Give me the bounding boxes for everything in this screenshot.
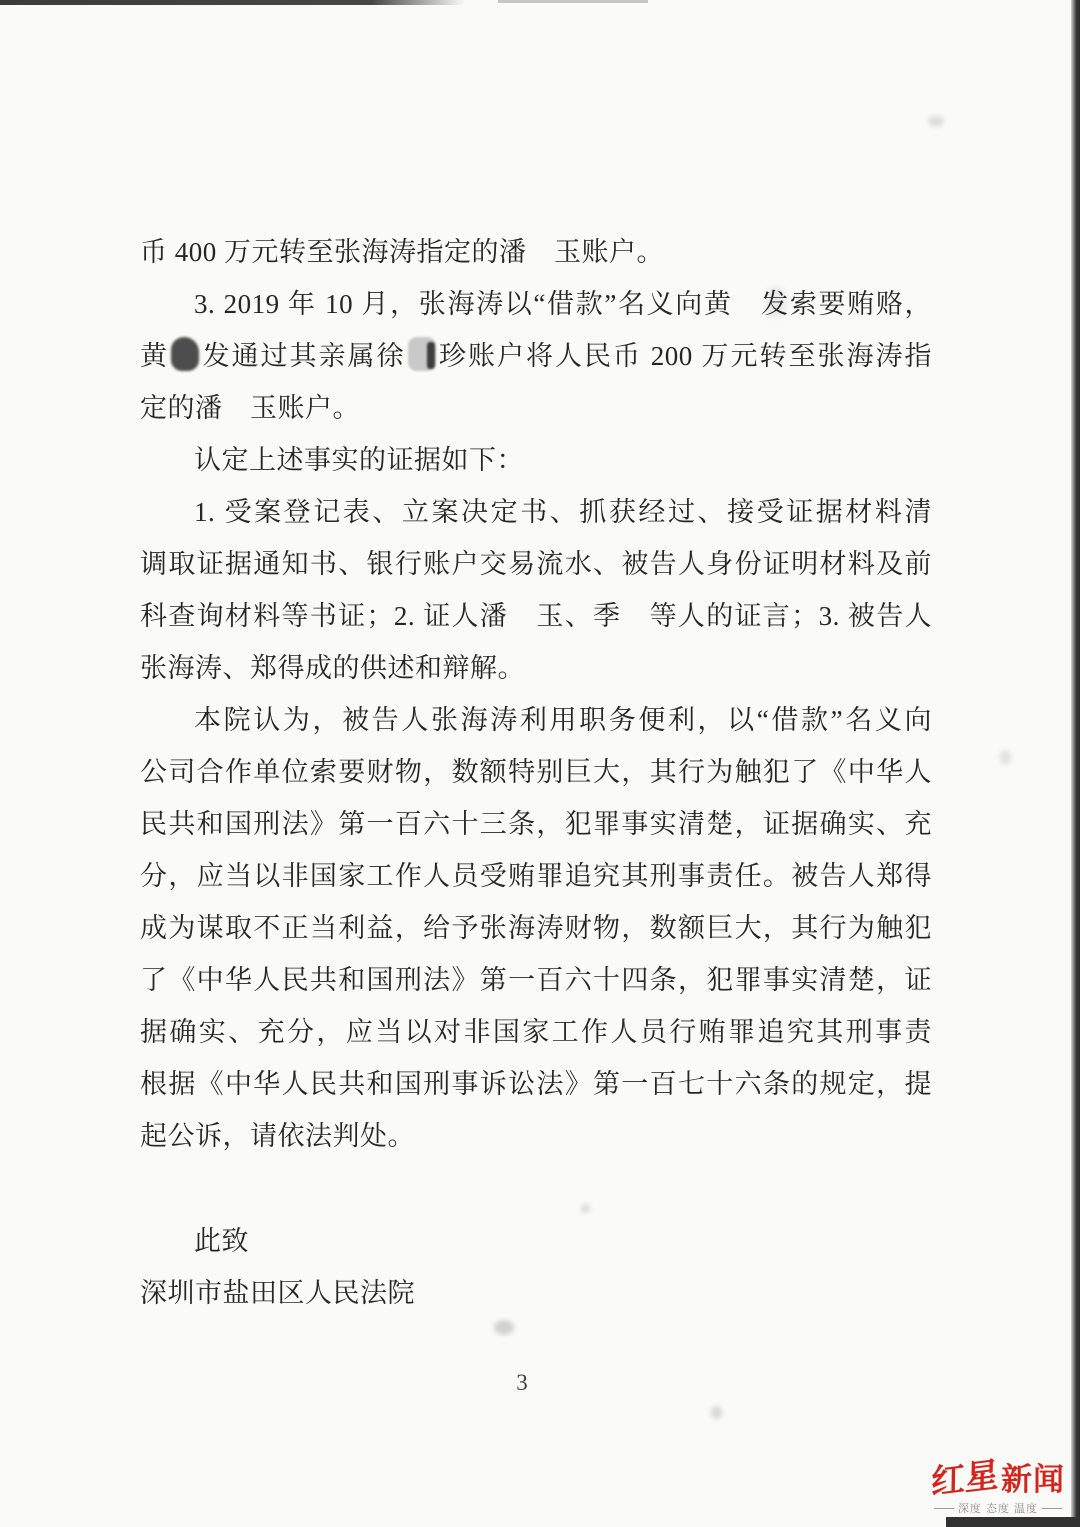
doc-line-redacted: 黄发通过其亲属徐珍账户将人民币 200 万元转至张海涛指 (140, 330, 932, 382)
doc-text-segment: 黄 (140, 341, 169, 371)
tagline-dash-left (934, 1508, 954, 1509)
doc-line: 认定上述事实的证据如下： (140, 434, 932, 486)
doc-line-salutation: 此致 (140, 1215, 932, 1267)
scan-edge-top (0, 0, 465, 5)
scanned-document-page: 币 400 万元转至张海涛指定的潘 玉账户。 3. 2019 年 10 月，张海… (0, 0, 1080, 1527)
doc-line: 本院认为，被告人张海涛利用职务便利，以“借款”名义向 (140, 694, 932, 746)
doc-line: 币 400 万元转至张海涛指定的潘 玉账户。 (140, 226, 932, 278)
doc-line: 根据《中华人民共和国刑事诉讼法》第一百七十六条的规定，提 (140, 1058, 932, 1110)
document-body: 币 400 万元转至张海涛指定的潘 玉账户。 3. 2019 年 10 月，张海… (140, 226, 932, 1319)
doc-text-segment: 珍账户将人民币 200 万元转至张海涛指 (438, 341, 933, 371)
scan-artifact (928, 116, 944, 127)
logo-bold-text: 新闻 (1001, 1462, 1065, 1498)
scan-edge-bottom-right (946, 1517, 1080, 1527)
logo-tagline: 深度 态度 温度 (931, 1500, 1065, 1516)
redaction-mark-dark (171, 337, 199, 371)
scan-edge-top-faint (498, 0, 648, 3)
logo-script-text: 红星 (931, 1457, 999, 1502)
scan-edge-right (1071, 0, 1080, 1527)
tagline-text: 深度 态度 温度 (958, 1500, 1038, 1516)
scan-artifact (1000, 750, 1011, 765)
doc-line: 调取证据通知书、银行账户交易流水、被告人身份证明材料及前 (140, 538, 932, 590)
scan-artifact (711, 1406, 722, 1419)
doc-line: 公司合作单位索要财物，数额特别巨大，其行为触犯了《中华人 (140, 746, 932, 798)
doc-text-segment: 发通过其亲属徐 (201, 341, 406, 371)
redstar-news-watermark: 红星新闻 深度 态度 温度 (931, 1461, 1065, 1516)
page-number: 3 (0, 1370, 1044, 1396)
doc-line: 定的潘 玉账户。 (140, 382, 932, 434)
tagline-dash-right (1042, 1508, 1062, 1509)
doc-line: 1. 受案登记表、立案决定书、抓获经过、接受证据材料清单、 (140, 486, 932, 538)
doc-line: 民共和国刑法》第一百六十三条，犯罪事实清楚，证据确实、充 (140, 798, 932, 850)
doc-line: 成为谋取不正当利益，给予张海涛财物，数额巨大，其行为触犯 (140, 902, 932, 954)
doc-line: 了《中华人民共和国刑法》第一百六十四条，犯罪事实清楚，证 (140, 954, 932, 1006)
scan-artifact (494, 1320, 514, 1335)
doc-line: 张海涛、郑得成的供述和辩解。 (140, 642, 932, 694)
redaction-mark-light (408, 337, 436, 371)
doc-line: 3. 2019 年 10 月，张海涛以“借款”名义向黄 发索要贿赂， (140, 278, 932, 330)
redstar-news-logo: 红星新闻 (931, 1461, 1065, 1498)
doc-line: 据确实、充分，应当以对非国家工作人员行贿罪追究其刑事责任。 (140, 1006, 932, 1058)
doc-line: 分，应当以非国家工作人员受贿罪追究其刑事责任。被告人郑得 (140, 850, 932, 902)
redaction-ink-mark (427, 342, 435, 369)
doc-line: 科查询材料等书证；2. 证人潘 玉、季 等人的证言；3. 被告人 (140, 590, 932, 642)
doc-line-court-name: 深圳市盐田区人民法院 (140, 1267, 932, 1319)
doc-line: 起公诉，请依法判处。 (140, 1110, 932, 1162)
